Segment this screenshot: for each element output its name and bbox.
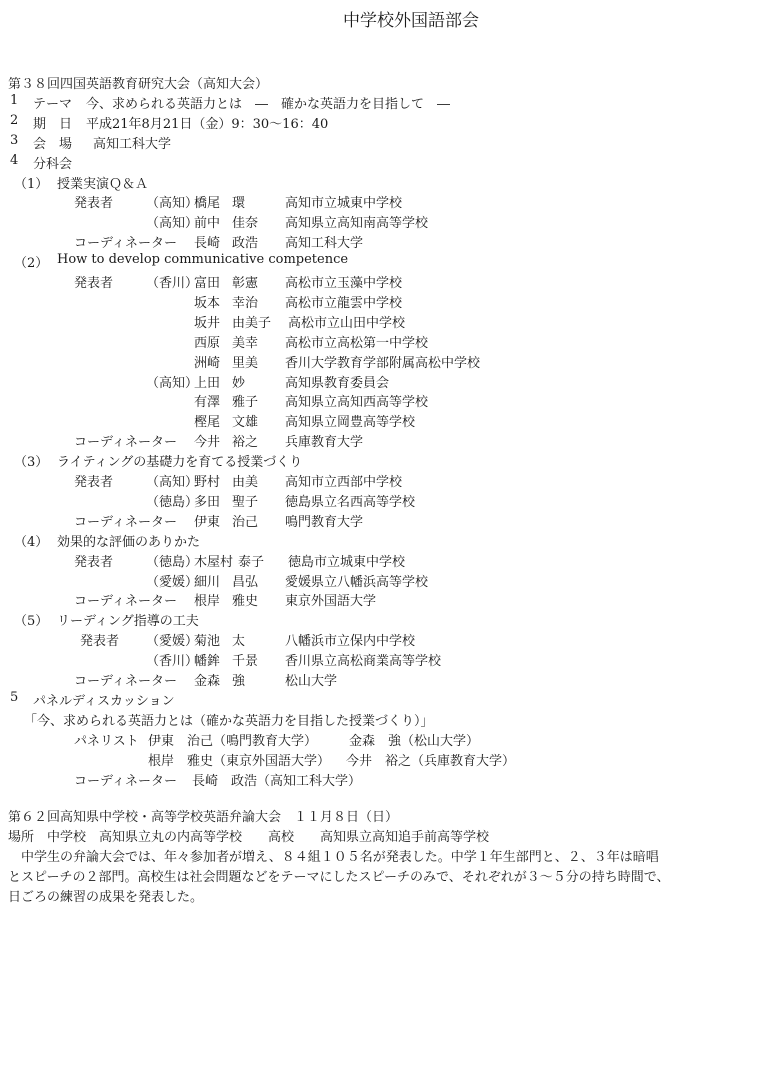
panel-topic: 「今、求められる英語力とは（確かな英語力を目指した授業づくり）」: [24, 710, 434, 729]
coordinator-label: コーディネーター: [74, 232, 177, 251]
item-label: 分科会: [33, 153, 72, 172]
surname: 樫尾: [194, 411, 220, 430]
presenter-label: 発表者: [74, 551, 113, 570]
item-value: 高知工科大学: [93, 133, 171, 152]
surname: 有澤: [194, 391, 220, 410]
given-name: 昌弘: [232, 571, 258, 590]
panelist: 今井 裕之（兵庫教育大学）: [346, 750, 515, 769]
item-number: 5: [10, 690, 18, 705]
organization: 高知工科大学: [285, 232, 363, 251]
organization: 愛媛県立八幡浜高等学校: [285, 571, 428, 590]
given-name: 千景: [232, 650, 258, 669]
section-heading: 第６２回高知県中学校・高等学校英語弁論大会 １１月８日（日）: [8, 806, 398, 825]
organization: 兵庫教育大学: [285, 431, 363, 450]
prefecture: （香川）: [146, 272, 198, 291]
surname: 今井: [194, 431, 220, 450]
session-title: 効果的な評価のありかた: [57, 531, 200, 550]
organization: 香川大学教育学部附属高松中学校: [285, 352, 480, 371]
event-place: 場所 中学校 高知県立丸の内高等学校 高校 高知県立高知追手前高等学校: [8, 826, 489, 845]
coordinator-label: コーディネーター: [74, 670, 177, 689]
page-title: 中学校外国語部会: [0, 6, 762, 31]
surname: 幡鉾: [194, 650, 220, 669]
item-label: パネルディスカッション: [33, 690, 175, 709]
given-name: 由美子: [232, 312, 271, 331]
given-name: 彰憲: [232, 272, 258, 291]
coordinator-label: コーディネーター: [74, 590, 177, 609]
panelist: 金森 強（松山大学）: [349, 730, 479, 749]
given-name: 強: [232, 670, 245, 689]
panelist-label: パネリスト: [74, 730, 139, 749]
item-value: 今、求められる英語力とは ― 確かな英語力を目指して ―: [86, 93, 450, 112]
surname: 橋尾: [194, 192, 220, 211]
prefecture: （愛媛）: [146, 630, 198, 649]
organization: 東京外国語大学: [285, 590, 376, 609]
session-number: （4）: [14, 531, 48, 550]
organization: 高松市立玉藻中学校: [285, 272, 402, 291]
session-number: （3）: [14, 451, 48, 470]
surname: 富田: [194, 272, 220, 291]
surname: 西原: [194, 332, 220, 351]
given-name: 裕之: [232, 431, 258, 450]
panelist: 伊東 治己（鳴門教育大学）: [148, 730, 317, 749]
organization: 高知県立高知西高等学校: [285, 391, 428, 410]
given-name: 由美: [232, 471, 258, 490]
organization: 徳島市立城東中学校: [288, 551, 405, 570]
surname: 前中: [194, 212, 220, 231]
organization: 高知県立岡豊高等学校: [285, 411, 415, 430]
presenter-label: 発表者: [80, 630, 119, 649]
surname: 菊池: [194, 630, 220, 649]
given-name: 雅史: [232, 590, 258, 609]
organization: 高知市立城東中学校: [285, 192, 402, 211]
presenter-label: 発表者: [74, 471, 113, 490]
item-number: 2: [10, 113, 18, 128]
prefecture: （愛媛）: [146, 571, 198, 590]
organization: 香川県立高松商業高等学校: [285, 650, 441, 669]
session-title: How to develop communicative competence: [57, 252, 348, 267]
surname: 根岸: [194, 590, 220, 609]
session-number: （5）: [14, 610, 48, 629]
prefecture: （高知）: [146, 192, 198, 211]
given-name: 聖子: [232, 491, 258, 510]
surname: 洲崎: [194, 352, 220, 371]
item-label: テーマ: [33, 93, 72, 112]
surname: 上田: [194, 372, 220, 391]
surname: 長崎: [194, 232, 220, 251]
item-value: 平成21年8月21日（金）9：30～16：40: [86, 113, 328, 132]
surname: 坂本: [194, 292, 220, 311]
item-number: 1: [10, 93, 18, 108]
surname: 野村: [194, 471, 220, 490]
given-name: 雅子: [232, 391, 258, 410]
paragraph-line: とスピーチの２部門。高校生は社会問題などをテーマにしたスピーチのみで、それぞれが…: [8, 866, 669, 885]
session-number: （1）: [14, 173, 48, 192]
given-name: 佳奈: [232, 212, 258, 231]
prefecture: （高知）: [146, 212, 198, 231]
given-name: 治己: [232, 511, 258, 530]
organization: 高知県教育委員会: [285, 372, 389, 391]
organization: 鳴門教育大学: [285, 511, 363, 530]
coordinator-label: コーディネーター: [74, 511, 177, 530]
item-number: 4: [10, 153, 18, 168]
coordinator: 長崎 政浩（高知工科大学）: [192, 770, 361, 789]
presenter-label: 発表者: [74, 192, 113, 211]
surname: 坂井: [194, 312, 220, 331]
given-name: 妙: [232, 372, 245, 391]
organization: 高知県立高知南高等学校: [285, 212, 428, 231]
surname: 木屋村: [194, 551, 233, 570]
organization: 高松市立龍雲中学校: [285, 292, 402, 311]
paragraph-line: 日ごろの練習の成果を発表した。: [8, 886, 203, 905]
given-name: 政浩: [232, 232, 258, 251]
prefecture: （徳島）: [146, 551, 198, 570]
given-name: 太: [232, 630, 245, 649]
surname: 金森: [194, 670, 220, 689]
coordinator-label: コーディネーター: [74, 431, 177, 450]
item-number: 3: [10, 133, 18, 148]
given-name: 里美: [232, 352, 258, 371]
organization: 松山大学: [285, 670, 337, 689]
presenter-label: 発表者: [74, 272, 113, 291]
given-name: 泰子: [238, 551, 264, 570]
given-name: 幸治: [232, 292, 258, 311]
prefecture: （香川）: [146, 650, 198, 669]
given-name: 文雄: [232, 411, 258, 430]
coordinator-label: コーディネーター: [74, 770, 177, 789]
session-title: 授業実演Ｑ＆Ａ: [57, 173, 148, 192]
item-label: 会 場: [33, 133, 72, 152]
session-title: リーディング指導の工夫: [57, 610, 199, 629]
item-label: 期 日: [33, 113, 72, 132]
session-number: （2）: [14, 252, 48, 271]
session-title: ライティングの基礎力を育てる授業づくり: [57, 451, 302, 470]
paragraph-line: 中学生の弁論大会では、年々参加者が増え、８４組１０５名が発表した。中学１年生部門…: [8, 846, 659, 865]
given-name: 環: [232, 192, 245, 211]
surname: 多田: [194, 491, 220, 510]
prefecture: （高知）: [146, 372, 198, 391]
organization: 高知市立西部中学校: [285, 471, 402, 490]
organization: 高松市立山田中学校: [288, 312, 405, 331]
organization: 徳島県立名西高等学校: [285, 491, 415, 510]
surname: 伊東: [194, 511, 220, 530]
organization: 高松市立高松第一中学校: [285, 332, 428, 351]
organization: 八幡浜市立保内中学校: [285, 630, 415, 649]
surname: 細川: [194, 571, 220, 590]
section-heading: 第３８回四国英語教育研究大会（高知大会）: [8, 73, 268, 92]
prefecture: （高知）: [146, 471, 198, 490]
prefecture: （徳島）: [146, 491, 198, 510]
panelist: 根岸 雅史（東京外国語大学）: [148, 750, 330, 769]
given-name: 美幸: [232, 332, 258, 351]
